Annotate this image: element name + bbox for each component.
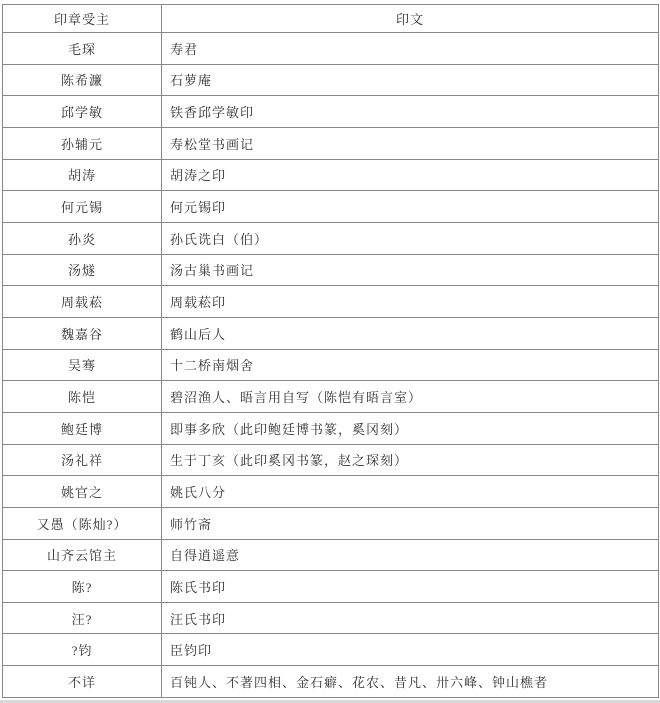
seal-text-cell: 鹤山后人	[162, 317, 659, 349]
owner-cell: 吴骞	[3, 349, 162, 381]
owner-cell: 孙炎	[3, 222, 162, 254]
owner-cell: 不详	[3, 666, 162, 698]
seal-text-cell: 臣钧印	[162, 634, 659, 666]
owner-cell: 魏嘉谷	[3, 317, 162, 349]
seal-text-cell: 周载菘印	[162, 286, 659, 318]
table-header-row: 印章受主 印文	[3, 5, 659, 33]
seal-text-cell: 汪氏书印	[162, 602, 659, 634]
table-row: 陈? 陈氏书印	[3, 571, 659, 603]
seal-text-cell: 孙氏诜白（伯）	[162, 222, 659, 254]
seal-text-cell: 胡涛之印	[162, 159, 659, 191]
owner-cell: 毛琛	[3, 33, 162, 65]
table-row: 魏嘉谷 鹤山后人	[3, 317, 659, 349]
owner-cell: ?钧	[3, 634, 162, 666]
table-row: 吴骞 十二桥南烟舍	[3, 349, 659, 381]
table-row: 又愚（陈灿?） 师竹斋	[3, 507, 659, 539]
seal-text-cell: 铁香邱学敏印	[162, 96, 659, 128]
owner-cell: 陈希濂	[3, 64, 162, 96]
owner-cell: 邱学敏	[3, 96, 162, 128]
seal-text-cell: 碧沼渔人、晤言用自写（陈恺有晤言室）	[162, 381, 659, 413]
owner-cell: 周载菘	[3, 286, 162, 318]
table-row: 姚官之 姚氏八分	[3, 476, 659, 508]
seal-text-cell: 石萝庵	[162, 64, 659, 96]
table-row: 邱学敏 铁香邱学敏印	[3, 96, 659, 128]
table-row: 陈希濂 石萝庵	[3, 64, 659, 96]
seal-text-cell: 百钝人、不著四相、金石癖、花农、昔凡、卅六峰、钟山樵者	[162, 666, 659, 698]
seal-table: 印章受主 印文 毛琛 寿君 陈希濂 石萝庵 邱学敏 铁香邱学敏印 孙辅元 寿松堂…	[2, 4, 659, 698]
column-header-owner: 印章受主	[3, 5, 162, 33]
seal-text-cell: 生于丁亥（此印奚冈书篆，赵之琛刻）	[162, 444, 659, 476]
table-row: 孙炎 孙氏诜白（伯）	[3, 222, 659, 254]
owner-cell: 孙辅元	[3, 127, 162, 159]
seal-text-cell: 自得逍遥意	[162, 539, 659, 571]
table-row: 何元锡 何元锡印	[3, 191, 659, 223]
seal-text-cell: 十二桥南烟舍	[162, 349, 659, 381]
table-row: 不详 百钝人、不著四相、金石癖、花农、昔凡、卅六峰、钟山樵者	[3, 666, 659, 698]
seal-text-cell: 何元锡印	[162, 191, 659, 223]
table-row: 汪? 汪氏书印	[3, 602, 659, 634]
table-row: 汤礼祥 生于丁亥（此印奚冈书篆，赵之琛刻）	[3, 444, 659, 476]
seal-text-cell: 师竹斋	[162, 507, 659, 539]
table-row: ?钧 臣钧印	[3, 634, 659, 666]
table-row: 胡涛 胡涛之印	[3, 159, 659, 191]
owner-cell: 陈?	[3, 571, 162, 603]
seal-text-cell: 姚氏八分	[162, 476, 659, 508]
seal-text-cell: 陈氏书印	[162, 571, 659, 603]
owner-cell: 鲍廷博	[3, 412, 162, 444]
seal-text-cell: 寿君	[162, 33, 659, 65]
table-row: 陈恺 碧沼渔人、晤言用自写（陈恺有晤言室）	[3, 381, 659, 413]
table-row: 周载菘 周载菘印	[3, 286, 659, 318]
owner-cell: 陈恺	[3, 381, 162, 413]
table-row: 鲍廷博 即事多欣（此印鲍廷博书篆，奚冈刻）	[3, 412, 659, 444]
owner-cell: 胡涛	[3, 159, 162, 191]
table-row: 毛琛 寿君	[3, 33, 659, 65]
seal-text-cell: 即事多欣（此印鲍廷博书篆，奚冈刻）	[162, 412, 659, 444]
owner-cell: 又愚（陈灿?）	[3, 507, 162, 539]
seal-text-cell: 汤古巢书画记	[162, 254, 659, 286]
owner-cell: 姚官之	[3, 476, 162, 508]
column-header-seal-text: 印文	[162, 5, 659, 33]
table-row: 孙辅元 寿松堂书画记	[3, 127, 659, 159]
owner-cell: 何元锡	[3, 191, 162, 223]
table-row: 汤燧 汤古巢书画记	[3, 254, 659, 286]
table-row: 山齐云馆主 自得逍遥意	[3, 539, 659, 571]
owner-cell: 汤礼祥	[3, 444, 162, 476]
document-page: 印章受主 印文 毛琛 寿君 陈希濂 石萝庵 邱学敏 铁香邱学敏印 孙辅元 寿松堂…	[0, 0, 660, 703]
seal-text-cell: 寿松堂书画记	[162, 127, 659, 159]
owner-cell: 汪?	[3, 602, 162, 634]
owner-cell: 汤燧	[3, 254, 162, 286]
owner-cell: 山齐云馆主	[3, 539, 162, 571]
